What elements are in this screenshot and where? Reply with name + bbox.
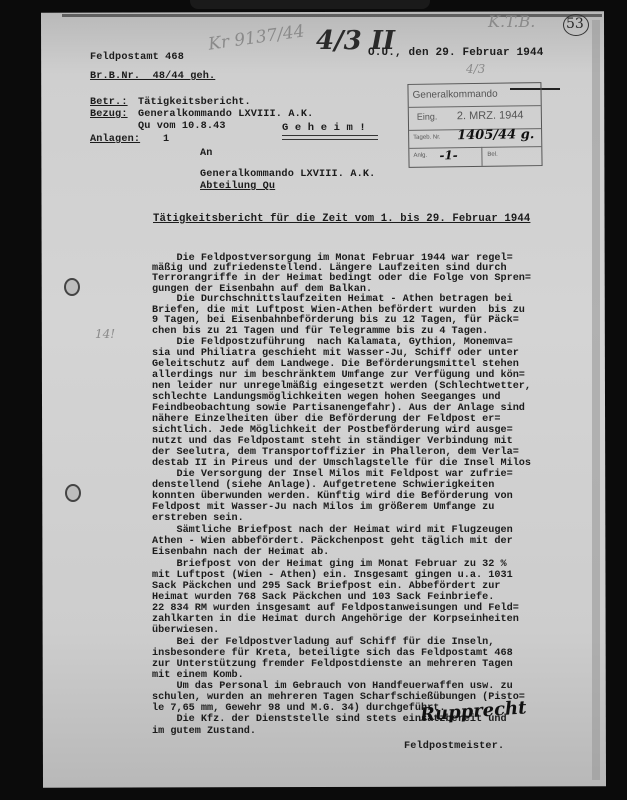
- stamp-number-label: Tageb. Nr.: [413, 134, 440, 140]
- punch-hole-icon: [65, 484, 81, 502]
- classification: G e h e i m !: [282, 122, 366, 134]
- body-line: im gutem Zustand.: [152, 726, 256, 738]
- classification-underline: [282, 135, 378, 140]
- subject-label: Betr.:: [90, 97, 128, 109]
- reference-number: Br.B.Nr. 48/44 geh.: [90, 71, 215, 83]
- stamp-header: Generalkommando: [413, 89, 498, 101]
- stamp-ref-label: Bel.: [487, 152, 497, 158]
- body-line: überwiesen.: [152, 625, 219, 637]
- attachments-count: 1: [163, 134, 169, 146]
- sender: Feldpostamt 468: [90, 52, 184, 64]
- reference-line-1: Generalkommando LXVIII. A.K.: [138, 109, 313, 121]
- subject: Tätigkeitsbericht.: [138, 97, 251, 109]
- body-line: erstreben sein.: [152, 513, 244, 525]
- reference-label: Bezug:: [90, 109, 128, 121]
- signature-title: Feldpostmeister.: [404, 741, 504, 753]
- binder-clip: [190, 0, 430, 9]
- recipient-line-2: Abteilung Qu: [200, 181, 275, 193]
- body-line: Eisenbahn nach der Heimat ab.: [152, 547, 329, 559]
- margin-note: 14!: [95, 327, 115, 341]
- ktb-mark: K.T.B.: [488, 12, 535, 31]
- stamp-number-value: 1405/44 g.: [457, 127, 534, 143]
- page-number: 53: [566, 16, 584, 32]
- stamp-received-label: Eing.: [417, 112, 438, 122]
- recipient-prefix: An: [200, 148, 213, 160]
- reference-line-2: Qu vom 10.8.43: [138, 121, 226, 133]
- stamp-attachments-label: Anlg.: [413, 153, 427, 159]
- recipient-line-1: Generalkommando LXVIII. A.K.: [200, 169, 375, 181]
- handwritten-date-note: 4/3: [466, 62, 485, 76]
- page-right-margin: [592, 20, 600, 780]
- stamp-attachments-value: -1-: [439, 148, 458, 162]
- place-date: O.U., den 29. Februar 1944: [368, 47, 544, 59]
- stamp-received-date: 2. MRZ. 1944: [457, 109, 524, 122]
- punch-hole-icon: [64, 278, 80, 296]
- receipt-stamp: Generalkommando Eing. 2. MRZ. 1944 Tageb…: [407, 82, 542, 168]
- attachments-label: Anlagen:: [90, 134, 140, 146]
- report-title: Tätigkeitsbericht für die Zeit vom 1. bi…: [153, 213, 530, 225]
